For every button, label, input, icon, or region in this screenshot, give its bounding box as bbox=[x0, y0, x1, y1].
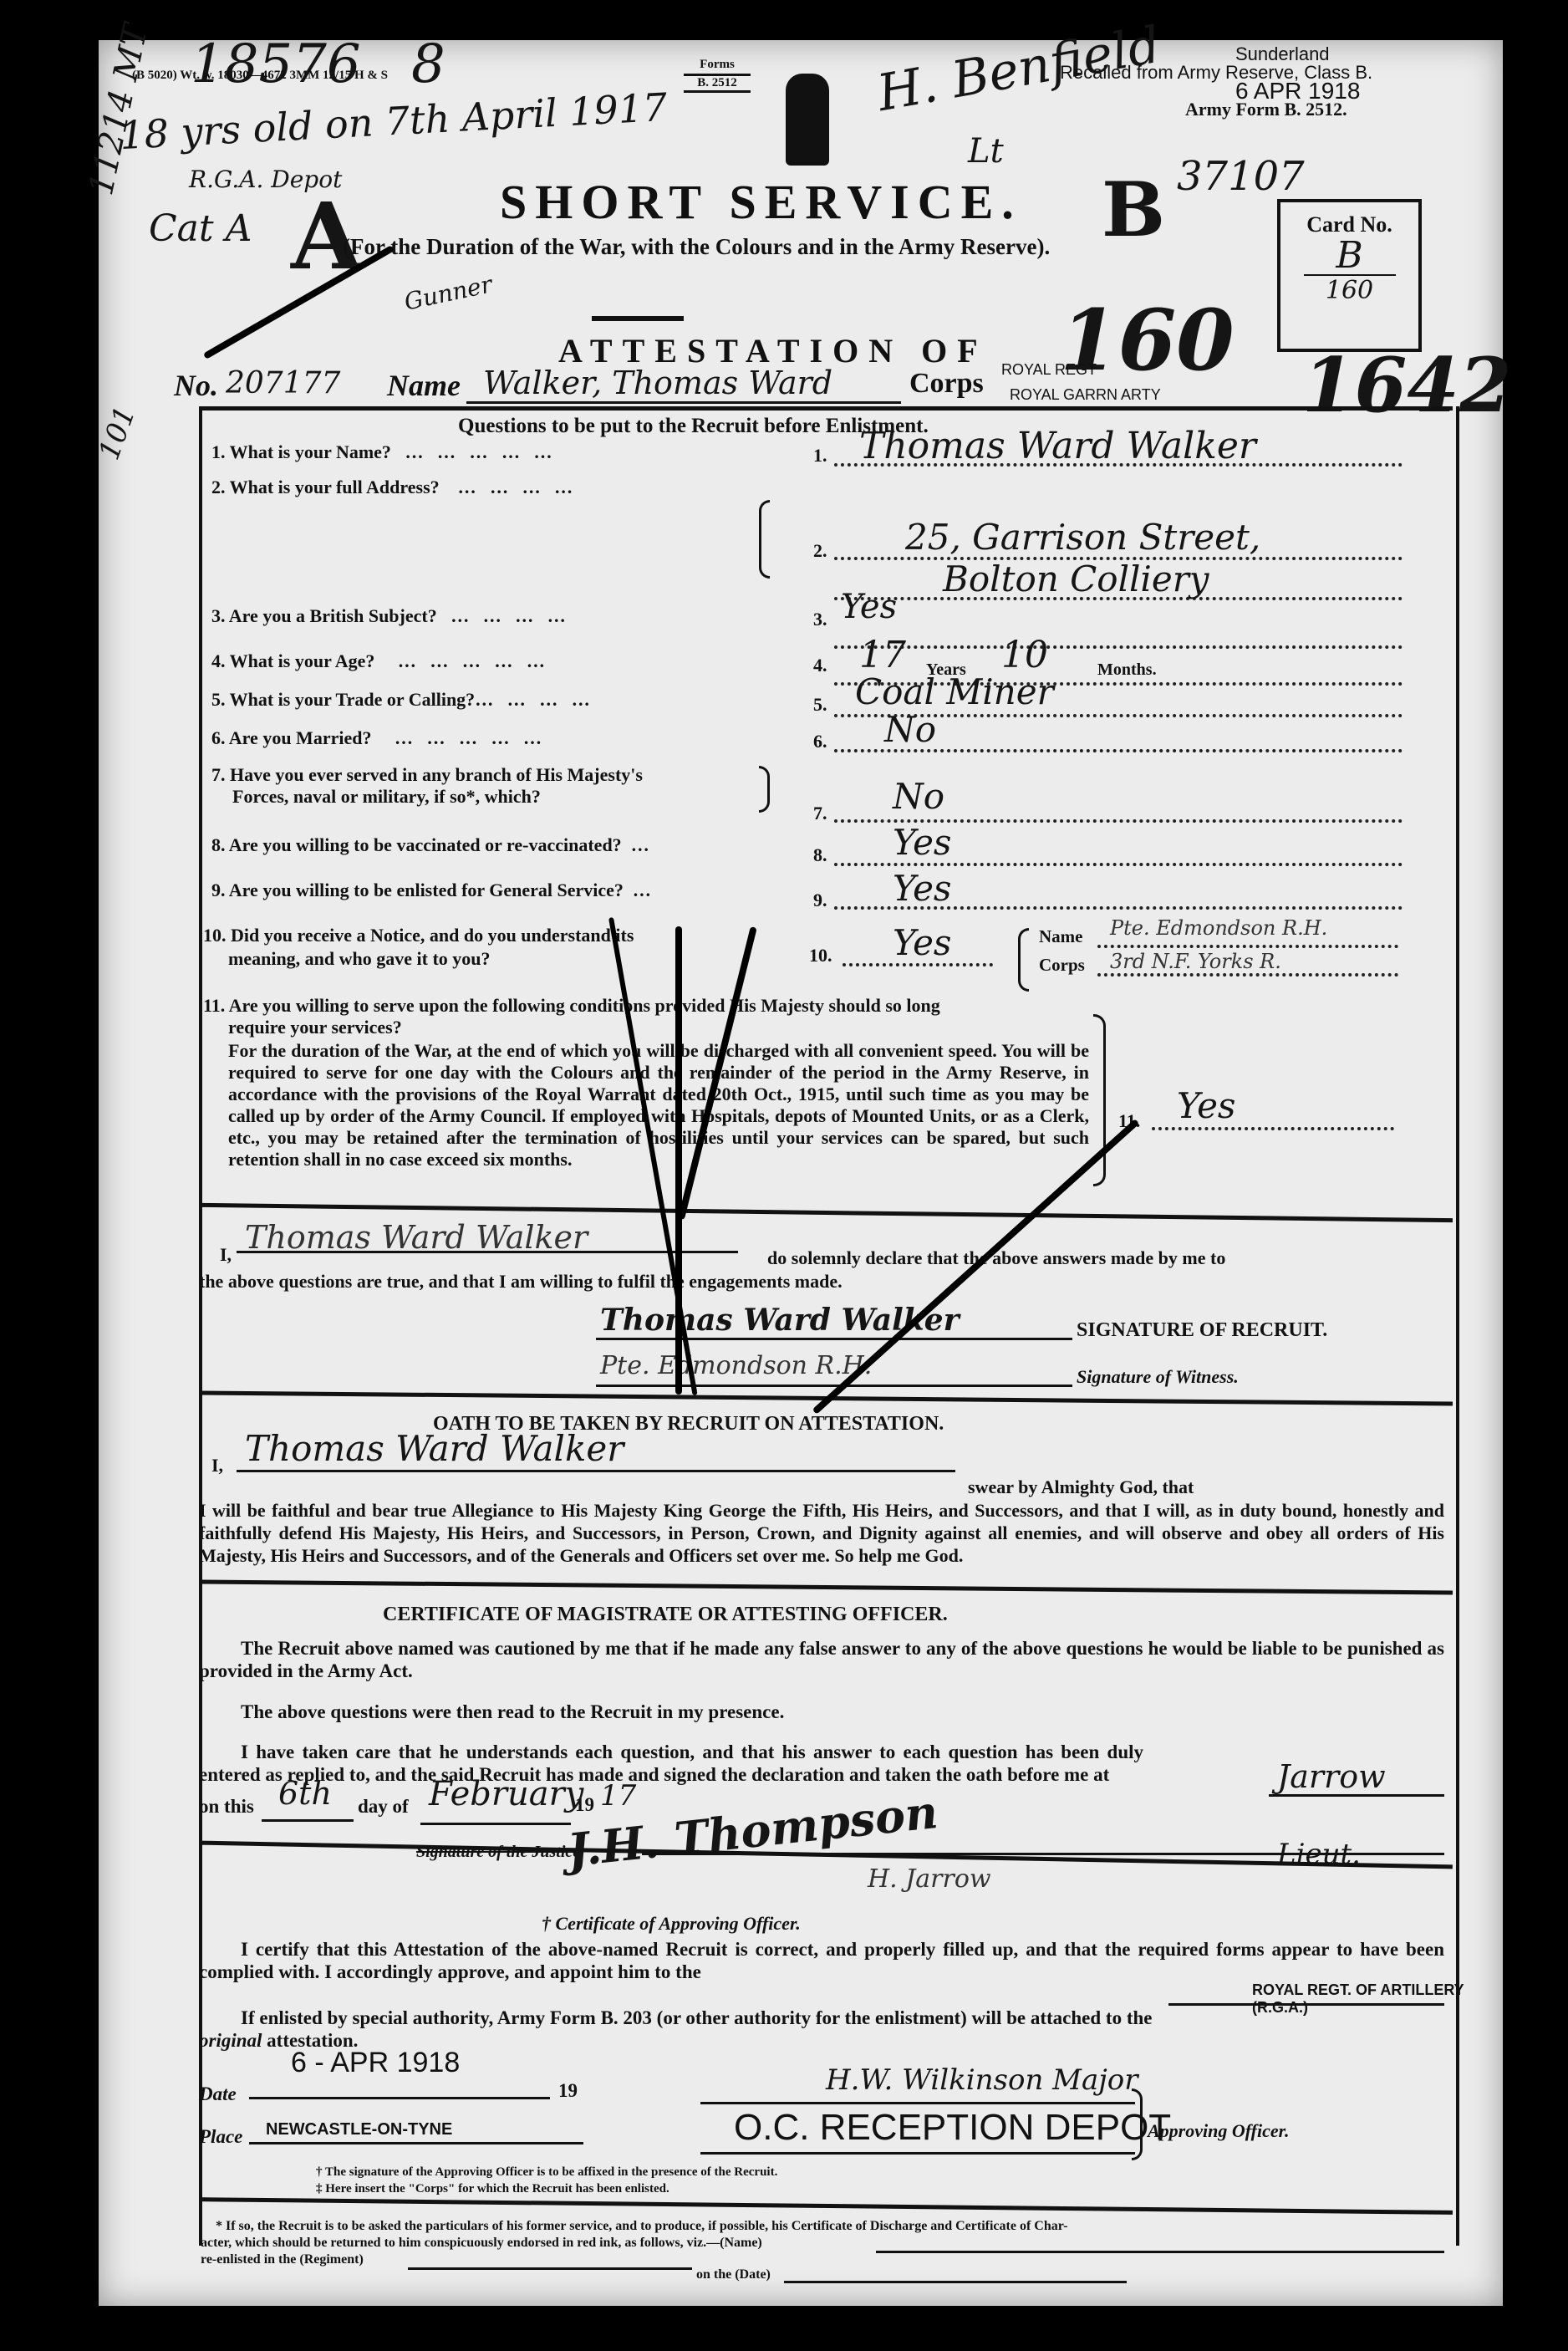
margin-number-annotation: 101 bbox=[93, 402, 143, 465]
category-annotation: Cat A bbox=[149, 207, 252, 250]
divider bbox=[199, 406, 1453, 411]
question-1: 1. What is your Name? … … … … … bbox=[211, 441, 552, 463]
form-print-code: (B 5020) Wt. w. 18030—4672 3MM 12/15 H &… bbox=[132, 69, 388, 83]
answer-address-line2: Bolton Colliery bbox=[943, 558, 1209, 599]
answer-british-subject: Yes bbox=[841, 588, 897, 626]
pen-stroke bbox=[675, 926, 682, 1395]
age-annotation: 18 yrs old on 7th April 1917 bbox=[119, 84, 668, 158]
card-number-box: Card No. B 160 bbox=[1277, 199, 1422, 352]
recruit-name: Walker, Thomas Ward bbox=[483, 365, 832, 401]
header-fields-row: No. 207177 Name Walker, Thomas Ward Corp… bbox=[174, 358, 1344, 408]
approval-date-stamp: 6 - APR 1918 bbox=[291, 2047, 460, 2079]
answer-trade: Coal Miner bbox=[855, 671, 1054, 712]
category-b-annotation: B bbox=[1102, 166, 1165, 254]
question-8: 8. Are you willing to be vaccinated or r… bbox=[211, 834, 649, 856]
attestation-day: 6th bbox=[278, 1775, 332, 1812]
answer-prior-service: No bbox=[893, 776, 944, 817]
regimental-number: 207177 bbox=[226, 366, 340, 400]
form-subtitle: (For the Duration of the War, with the C… bbox=[343, 234, 1050, 260]
question-10: 10. Did you receive a Notice, and do you… bbox=[203, 925, 634, 946]
recall-stamp: Sunderland Recalled from Army Reserve, C… bbox=[1060, 45, 1372, 119]
attestation-place: Jarrow bbox=[1277, 1758, 1386, 1795]
top-register-number: 18576 8 bbox=[191, 33, 445, 95]
divider bbox=[592, 316, 684, 321]
attesting-officer-place: H. Jarrow bbox=[868, 1864, 991, 1894]
service-conditions-text: For the duration of the War, at the end … bbox=[228, 1040, 1089, 1170]
answer-married: No bbox=[884, 709, 936, 750]
approval-place: NEWCASTLE-ON-TYNE bbox=[266, 2120, 452, 2139]
gunner-annotation: Gunner bbox=[402, 270, 495, 315]
form-title: SHORT SERVICE. bbox=[500, 174, 1022, 230]
answer-vaccination: Yes bbox=[893, 822, 952, 863]
question-11: 11. Are you willing to serve upon the fo… bbox=[203, 995, 940, 1017]
question-9: 9. Are you willing to be enlisted for Ge… bbox=[211, 880, 651, 901]
question-7: 7. Have you ever served in any branch of… bbox=[211, 764, 643, 786]
answer-age-months: 10 bbox=[1001, 634, 1048, 676]
question-6: 6. Are you Married? … … … … … bbox=[211, 727, 542, 749]
notice-giver-name: Pte. Edmondson R.H. bbox=[1110, 916, 1327, 940]
answer-age-years: 17 bbox=[859, 634, 906, 676]
attestation-month: February bbox=[429, 1775, 583, 1813]
answer-conditions: Yes bbox=[1177, 1085, 1236, 1126]
reg-number-annotation: 11214 MT bbox=[82, 21, 155, 199]
reception-depot-stamp: O.C. RECEPTION DEPOT bbox=[734, 2107, 1171, 2149]
answer-general-service: Yes bbox=[893, 868, 952, 909]
notice-giver-corps: 3rd N.F. Yorks R. bbox=[1110, 950, 1281, 973]
approving-certificate-heading: † Certificate of Approving Officer. bbox=[542, 1913, 801, 1935]
answer-address-line1: 25, Garrison Street, bbox=[905, 517, 1260, 558]
attestation-year: 17 bbox=[600, 1779, 636, 1813]
answer-name: Thomas Ward Walker bbox=[859, 425, 1256, 467]
answer-notice: Yes bbox=[893, 922, 952, 963]
question-3: 3. Are you a British Subject? … … … … bbox=[211, 605, 566, 627]
b-number-annotation: 37107 bbox=[1177, 153, 1305, 200]
forms-reference: Forms B. 2512 bbox=[684, 74, 751, 93]
question-5: 5. What is your Trade or Calling?… … … … bbox=[211, 689, 590, 711]
oath-recruit-name: Thomas Ward Walker bbox=[245, 1428, 624, 1469]
oath-text: I will be faithful and bear true Allegia… bbox=[199, 1499, 1444, 1567]
questions-heading: Questions to be put to the Recruit befor… bbox=[458, 415, 929, 438]
approving-officer-signature: H.W. Wilkinson Major bbox=[826, 2063, 1138, 2097]
royal-coat-of-arms-icon bbox=[786, 74, 829, 166]
attestation-form-page: 18576 8 (B 5020) Wt. w. 18030—4672 3MM 1… bbox=[99, 40, 1503, 2306]
top-signature-rank: Lt bbox=[968, 132, 1004, 171]
witness-signature: Pte. Edmondson R.H. bbox=[600, 1351, 872, 1380]
question-4: 4. What is your Age? … … … … … bbox=[211, 650, 545, 672]
magistrate-certificate-heading: CERTIFICATE OF MAGISTRATE OR ATTESTING O… bbox=[383, 1604, 948, 1626]
question-2: 2. What is your full Address? … … … … bbox=[211, 477, 573, 498]
